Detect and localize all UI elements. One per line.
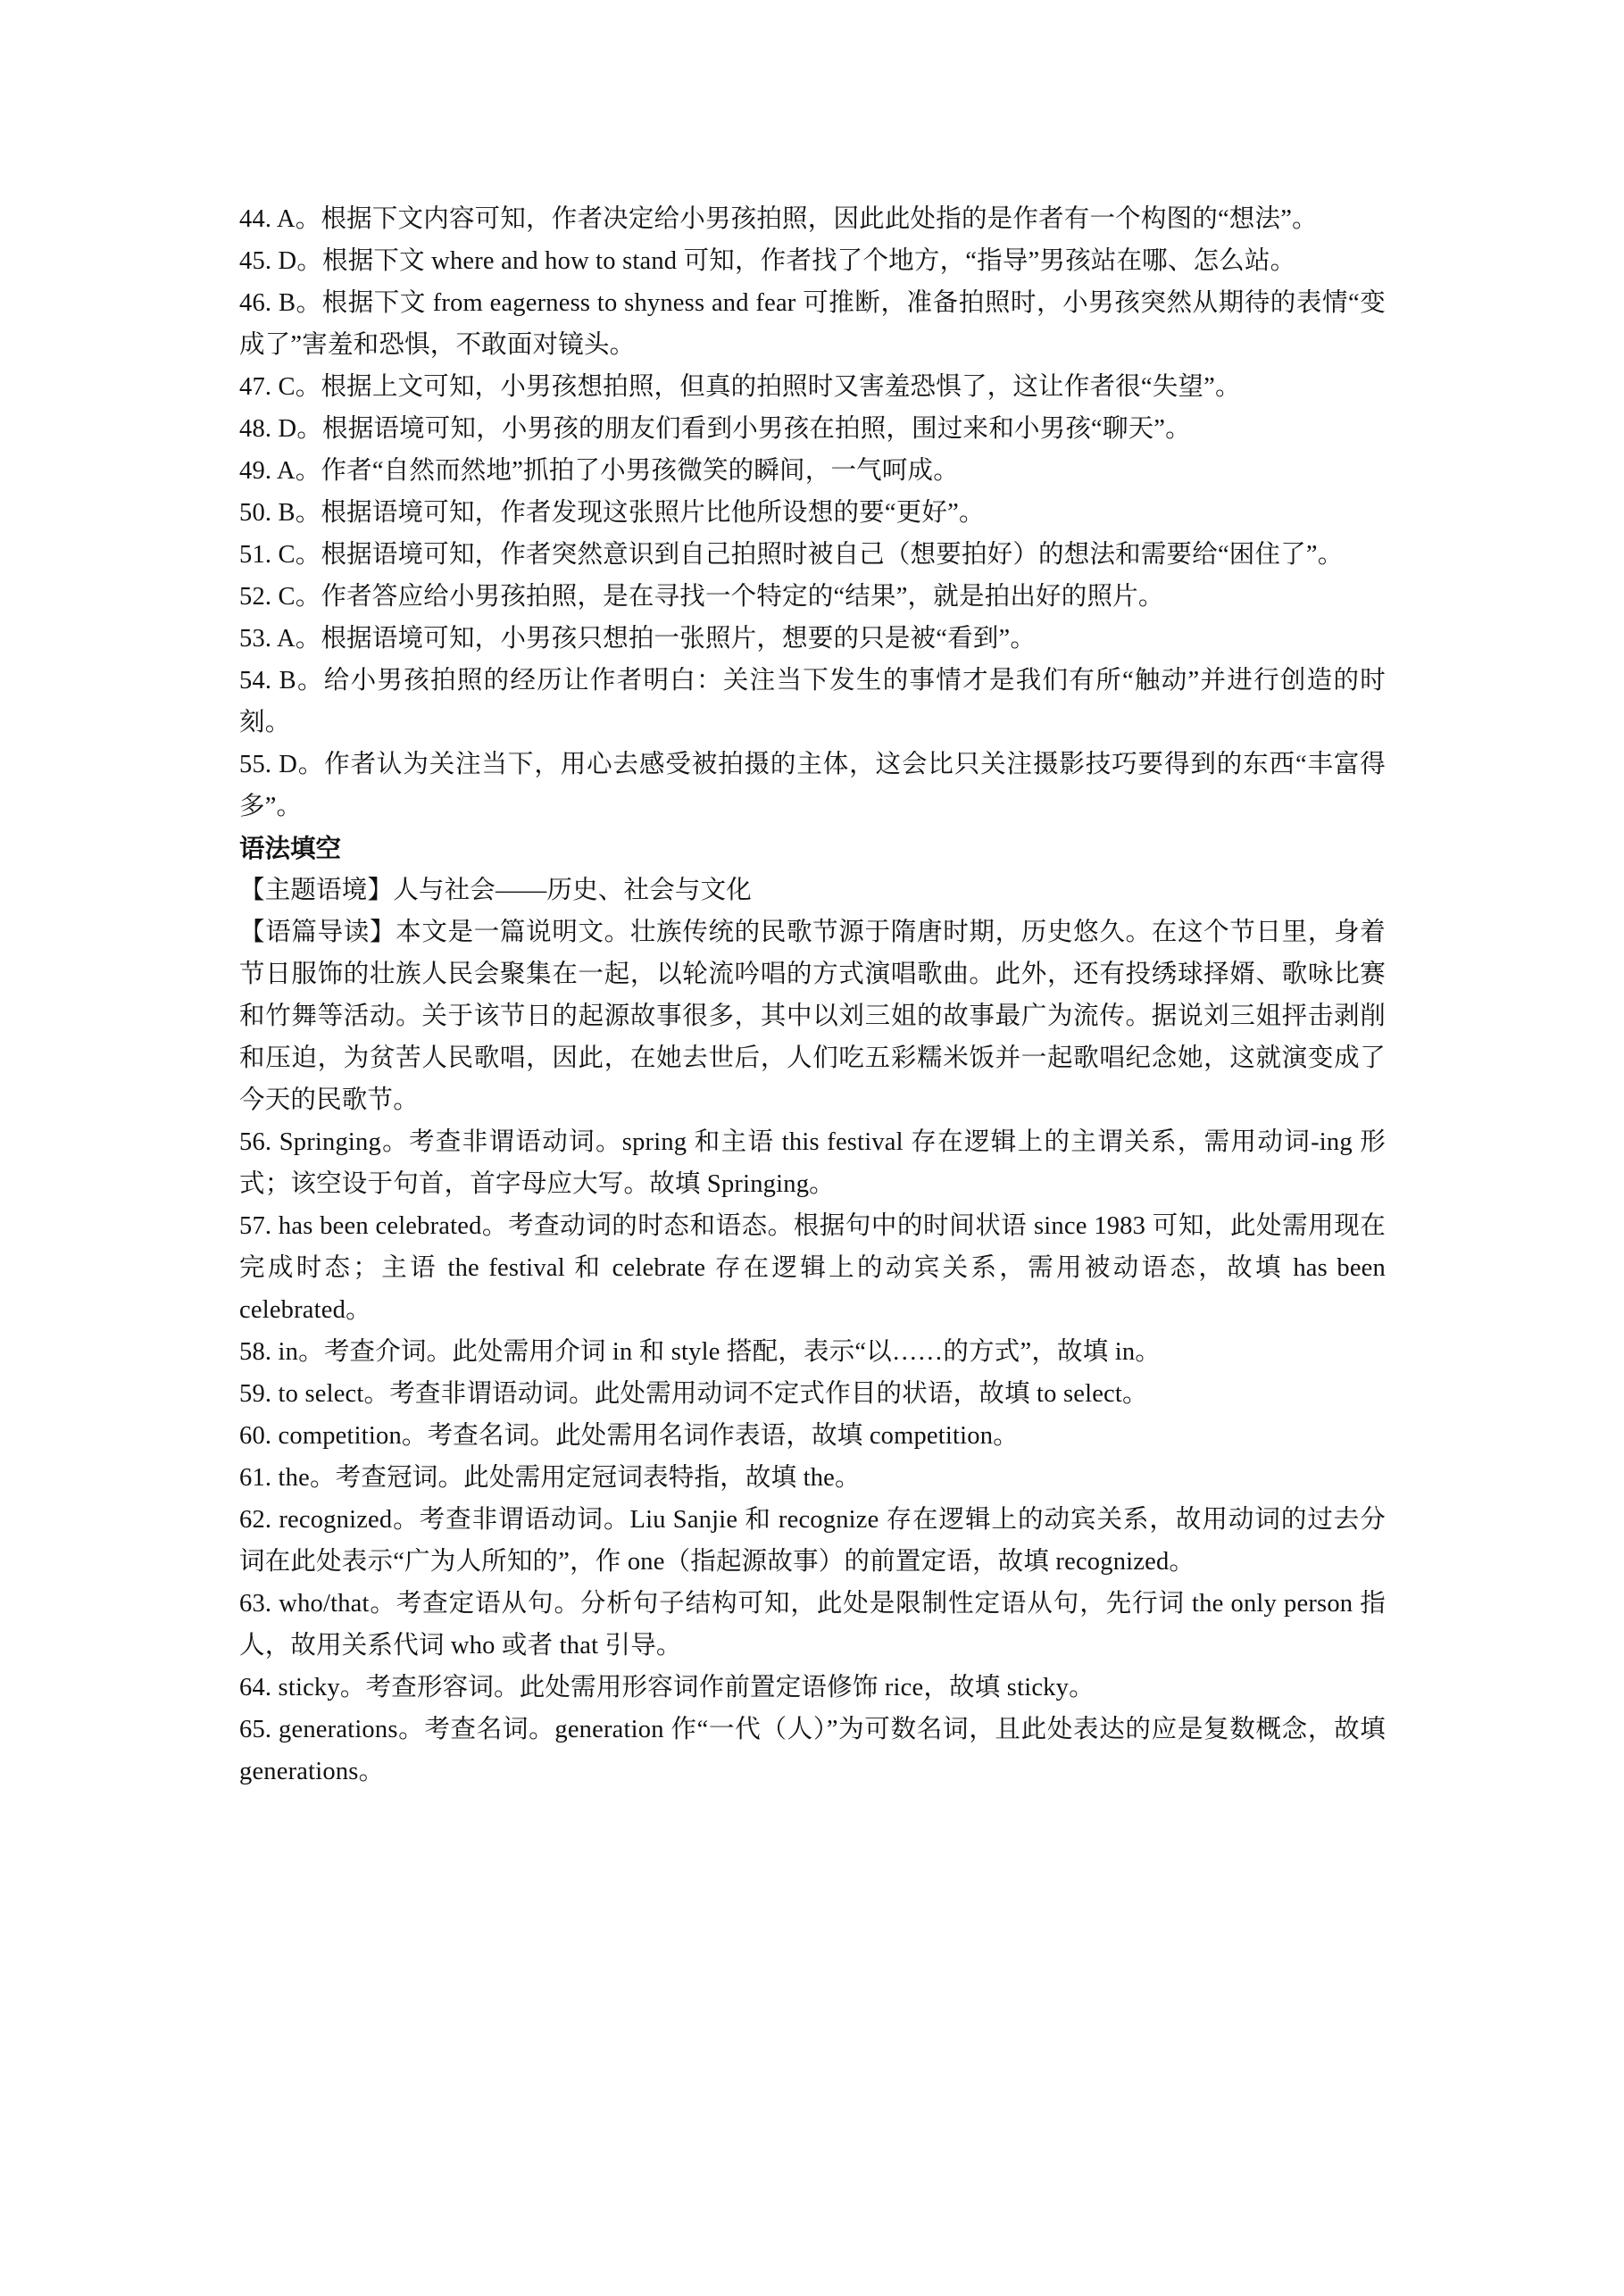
answer-57: 57. has been celebrated。考查动词的时态和语态。根据句中的…	[239, 1205, 1386, 1331]
answer-58: 58. in。考查介词。此处需用介词 in 和 style 搭配，表示“以……的…	[239, 1331, 1386, 1373]
answer-56: 56. Springing。考查非谓语动词。spring 和主语 this fe…	[239, 1121, 1386, 1205]
answer-50: 50. B。根据语境可知，作者发现这张照片比他所设想的要“更好”。	[239, 492, 1386, 534]
theme-context: 【主题语境】人与社会——历史、社会与文化	[239, 869, 1386, 911]
answer-45: 45. D。根据下文 where and how to stand 可知，作者找…	[239, 240, 1386, 282]
answer-46: 46. B。根据下文 from eagerness to shyness and…	[239, 282, 1386, 366]
answer-62: 62. recognized。考查非谓语动词。Liu Sanjie 和 reco…	[239, 1499, 1386, 1583]
answer-49: 49. A。作者“自然而然地”抓拍了小男孩微笑的瞬间，一气呵成。	[239, 450, 1386, 492]
answer-48: 48. D。根据语境可知，小男孩的朋友们看到小男孩在拍照，围过来和小男孩“聊天”…	[239, 408, 1386, 450]
answer-60: 60. competition。考查名词。此处需用名词作表语，故填 compet…	[239, 1415, 1386, 1457]
answer-63: 63. who/that。考查定语从句。分析句子结构可知，此处是限制性定语从句，…	[239, 1583, 1386, 1667]
section-title: 语法填空	[239, 828, 1386, 869]
answer-key-page: 44. A。根据下文内容可知，作者决定给小男孩拍照，因此此处指的是作者有一个构图…	[239, 198, 1386, 1793]
answer-54: 54. B。给小男孩拍照的经历让作者明白：关注当下发生的事情才是我们有所“触动”…	[239, 660, 1386, 744]
answer-52: 52. C。作者答应给小男孩拍照，是在寻找一个特定的“结果”，就是拍出好的照片。	[239, 576, 1386, 618]
passage-guide: 【语篇导读】本文是一篇说明文。壮族传统的民歌节源于隋唐时期，历史悠久。在这个节日…	[239, 911, 1386, 1121]
answer-65: 65. generations。考查名词。generation 作“一代（人）”…	[239, 1709, 1386, 1793]
answer-61: 61. the。考查冠词。此处需用定冠词表特指，故填 the。	[239, 1457, 1386, 1499]
answer-64: 64. sticky。考查形容词。此处需用形容词作前置定语修饰 rice，故填 …	[239, 1667, 1386, 1709]
answer-44: 44. A。根据下文内容可知，作者决定给小男孩拍照，因此此处指的是作者有一个构图…	[239, 198, 1386, 240]
answer-51: 51. C。根据语境可知，作者突然意识到自己拍照时被自己（想要拍好）的想法和需要…	[239, 534, 1386, 576]
answer-59: 59. to select。考查非谓语动词。此处需用动词不定式作目的状语，故填 …	[239, 1373, 1386, 1415]
answer-55: 55. D。作者认为关注当下，用心去感受被拍摄的主体，这会比只关注摄影技巧要得到…	[239, 744, 1386, 828]
answer-53: 53. A。根据语境可知，小男孩只想拍一张照片，想要的只是被“看到”。	[239, 618, 1386, 660]
answer-47: 47. C。根据上文可知，小男孩想拍照，但真的拍照时又害羞恐惧了，这让作者很“失…	[239, 366, 1386, 408]
